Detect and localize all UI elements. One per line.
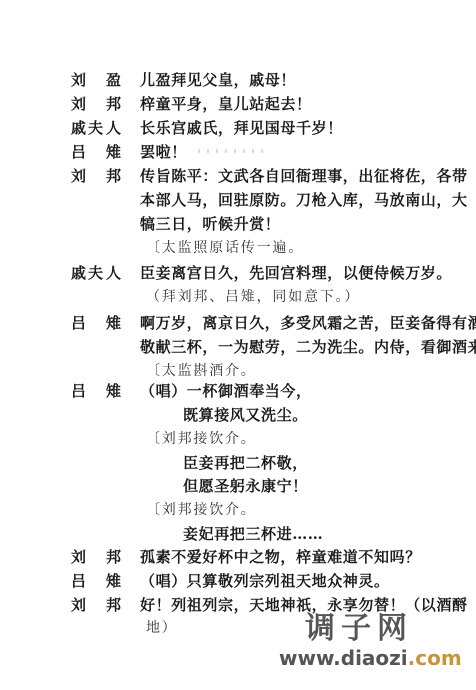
script-row: 吕雉（唱）一杯御酒奉当今， — [0, 380, 476, 402]
script-row: 〔刘邦接饮介。 — [0, 499, 476, 521]
stage-direction: 〔刘邦接饮介。 — [146, 499, 257, 521]
script-row: 吕雉罢啦！ — [0, 141, 476, 163]
script-row: 吕雉（唱）只算敬列宗列祖天地众神灵。 — [0, 570, 476, 592]
dialogue-text: 梓童平身，皇儿站起去！ — [140, 93, 312, 115]
script-row: 但愿圣躬永康宁！ — [0, 475, 476, 497]
stage-direction: 〔太监照原话传一遍。 — [146, 237, 304, 259]
dialogue-text: 敬献三杯，一为慰劳，二为洗尘。内侍，看御酒来！ — [140, 336, 476, 358]
stage-direction: 〔太监斟酒介。 — [146, 360, 257, 382]
watermark-url: www.diaozi.com — [279, 646, 462, 670]
script-row: 〔刘邦接饮介。 — [0, 428, 476, 450]
script-row: 本部人马，回驻原防。刀枪入库，马放南山，大 — [0, 189, 476, 211]
script-row: （拜刘邦、吕雉，同如意下。） — [0, 286, 476, 308]
sung-verse: 既算接风又洗尘。 — [183, 404, 308, 426]
dialogue-text: 儿盈拜见父皇，戚母！ — [140, 69, 296, 91]
dialogue-text: 本部人马，回驻原防。刀枪入库，马放南山，大 — [140, 189, 468, 211]
dialogue-text: 孤素不爱好杯中之物，梓童难道不知吗？ — [140, 546, 421, 568]
watermark: 调子网 www.diaozi.com — [305, 612, 462, 670]
dialogue-text: 长乐宫戚氏，拜见国母千岁！ — [140, 117, 343, 139]
script-row: 敬献三杯，一为慰劳，二为洗尘。内侍，看御酒来！ — [0, 336, 476, 358]
stage-direction: 地） — [146, 617, 178, 639]
dialogue-text: 啊万岁，离京日久，多受风霜之苦，臣妾备得有酒， — [140, 312, 476, 334]
script-row: 吕雉啊万岁，离京日久，多受风霜之苦，臣妾备得有酒， — [0, 312, 476, 334]
script-row: 刘邦传旨陈平：文武各自回衙理事，出征将佐，各带 — [0, 165, 476, 187]
script-row: 既算接风又洗尘。 — [0, 404, 476, 426]
dialogue-text: 臣妾离宫日久，先回宫料理，以便侍候万岁。 — [140, 262, 452, 284]
stage-direction: （拜刘邦、吕雉，同如意下。） — [146, 286, 360, 308]
sung-verse: 妾妃再把三杯进…… — [183, 523, 323, 545]
script-row: 刘盈儿盈拜见父皇，戚母！ — [0, 69, 476, 91]
dialogue-text: （唱）只算敬列宗列祖天地众神灵。 — [140, 570, 390, 592]
script-row: 妾妃再把三杯进…… — [0, 523, 476, 545]
sung-verse: 臣妾再把二杯敬， — [183, 452, 308, 474]
script-row: 刘邦梓童平身，皇儿站起去！ — [0, 93, 476, 115]
script-row: 戚夫人长乐宫戚氏，拜见国母千岁！ — [0, 117, 476, 139]
script-row: 犒三日，听候升赏！ — [0, 213, 476, 235]
dialogue-text: 罢啦！ — [140, 141, 187, 163]
dialogue-text: 犒三日，听候升赏！ — [140, 213, 280, 235]
script-row: 〔太监斟酒介。 — [0, 360, 476, 382]
script-row: 臣妾再把二杯敬， — [0, 452, 476, 474]
watermark-name: 调子网 — [305, 612, 462, 646]
stage-direction: 〔刘邦接饮介。 — [146, 428, 257, 450]
script-row: 〔太监照原话传一遍。 — [0, 237, 476, 259]
script-row: 戚夫人臣妾离宫日久，先回宫料理，以便侍候万岁。 — [0, 262, 476, 284]
script-row: 刘邦孤素不爱好杯中之物，梓童难道不知吗？ — [0, 546, 476, 568]
dialogue-text: 传旨陈平：文武各自回衙理事，出征将佐，各带 — [140, 165, 468, 187]
dialogue-text: （唱）一杯御酒奉当今， — [140, 380, 312, 402]
sung-verse: 但愿圣躬永康宁！ — [183, 475, 308, 497]
